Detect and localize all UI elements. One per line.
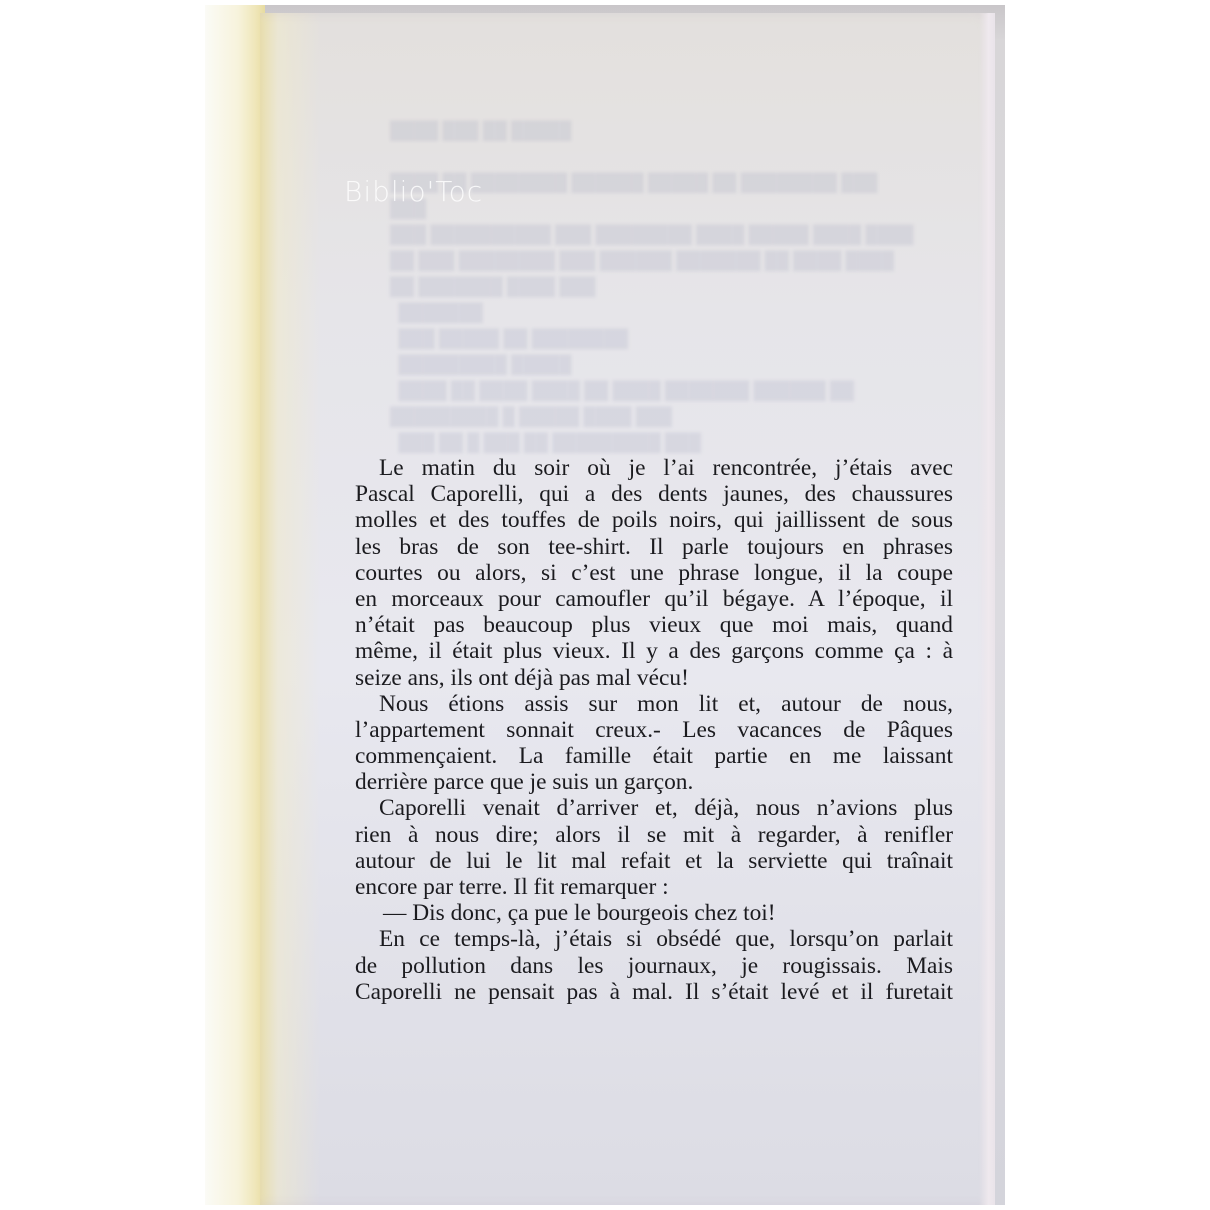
book-photo: ████ ███ ██ █████ ████ ██ ████████ █████… — [205, 5, 1005, 1205]
text-line: molles et des touffes de poils noirs, qu… — [355, 507, 953, 533]
text-line: derrière parce que je suis un garçon. — [355, 769, 953, 795]
text-line: seize ans, ils ont déjà pas mal vécu! — [355, 665, 953, 691]
text-line: Caporelli venait d’arriver et, déjà, nou… — [355, 795, 953, 821]
show-through-text: ████ ███ ██ █████ ████ ██ ████████ █████… — [390, 118, 950, 456]
text-line: Caporelli ne pensait pas à mal. Il s’éta… — [355, 979, 953, 1005]
text-line: Nous étions assis sur mon lit et, autour… — [355, 691, 953, 717]
book-page: ████ ███ ██ █████ ████ ██ ████████ █████… — [260, 13, 995, 1205]
text-line: courtes ou alors, si c’est une phrase lo… — [355, 560, 953, 586]
text-line: rien à nous dire; alors il se mit à rega… — [355, 822, 953, 848]
text-line: les bras de son tee-shirt. Il parle touj… — [355, 534, 953, 560]
text-line: Pascal Caporelli, qui a des dents jaunes… — [355, 481, 953, 507]
text-line: l’appartement sonnait creux.- Les vacanc… — [355, 717, 953, 743]
text-line: de pollution dans les journaux, je rougi… — [355, 953, 953, 979]
watermark-logo: Biblio'Toc — [344, 175, 483, 208]
text-line: encore par terre. Il fit remarquer : — [355, 874, 953, 900]
text-line: commençaient. La famille était partie en… — [355, 743, 953, 769]
book-text: Le matin du soir où je l’ai rencontrée, … — [355, 455, 953, 1005]
text-line: n’était pas beaucoup plus vieux que moi … — [355, 612, 953, 638]
text-line: Le matin du soir où je l’ai rencontrée, … — [355, 455, 953, 481]
text-line: — Dis donc, ça pue le bourgeois chez toi… — [355, 900, 953, 926]
text-line: autour de lui le lit mal refait et la se… — [355, 848, 953, 874]
text-line: en morceaux pour camoufler qu’il bégaye.… — [355, 586, 953, 612]
text-line: En ce temps-là, j’étais si obsédé que, l… — [355, 926, 953, 952]
page-stack-edge — [205, 5, 265, 1205]
page-right-edge — [979, 13, 995, 1205]
text-line: même, il était plus vieux. Il y a des ga… — [355, 638, 953, 664]
